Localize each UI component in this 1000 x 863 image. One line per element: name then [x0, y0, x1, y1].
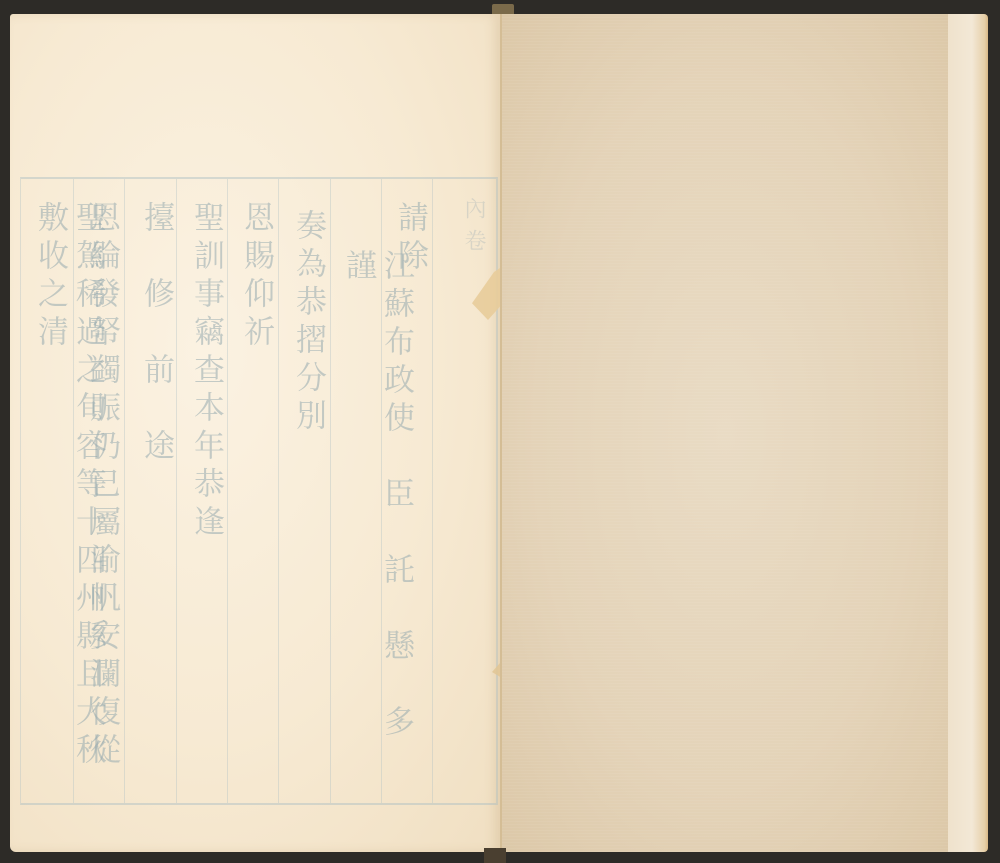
- column-rule: [278, 179, 279, 803]
- text-column-6: 擡 修 前 途: [137, 201, 175, 467]
- column-rule: [227, 179, 228, 803]
- right-page-blank: [500, 14, 950, 852]
- fore-edge: [948, 14, 988, 852]
- text-column-2: 江蘇布政使 臣 託 懸 多 謹: [339, 249, 415, 803]
- column-rule: [124, 179, 125, 803]
- column-rule: [176, 179, 177, 803]
- text-column-5: 聖訓事竊查本年恭逢: [187, 201, 225, 543]
- text-column-4: 恩賜仰祈: [237, 201, 275, 353]
- left-page: 內卷 請除 江蘇布政使 臣 託 懸 多 謹 奏為恭摺分別 恩賜仰祈 聖訓事竊查本…: [10, 14, 500, 852]
- book-spread: 內卷 請除 江蘇布政使 臣 託 懸 多 謹 奏為恭摺分別 恩賜仰祈 聖訓事竊查本…: [0, 0, 1000, 863]
- column-rule: [432, 179, 433, 803]
- spine-bottom: [484, 848, 506, 863]
- text-column-3: 奏為恭摺分別: [289, 209, 327, 437]
- column-rule: [330, 179, 331, 803]
- margin-heading: 內卷: [458, 197, 489, 261]
- text-column-8: 聖駕稀過之旬容等十四州縣且大秋敷收之清: [31, 201, 107, 803]
- text-frame: 內卷 請除 江蘇布政使 臣 託 懸 多 謹 奏為恭摺分別 恩賜仰祈 聖訓事竊查本…: [20, 177, 498, 805]
